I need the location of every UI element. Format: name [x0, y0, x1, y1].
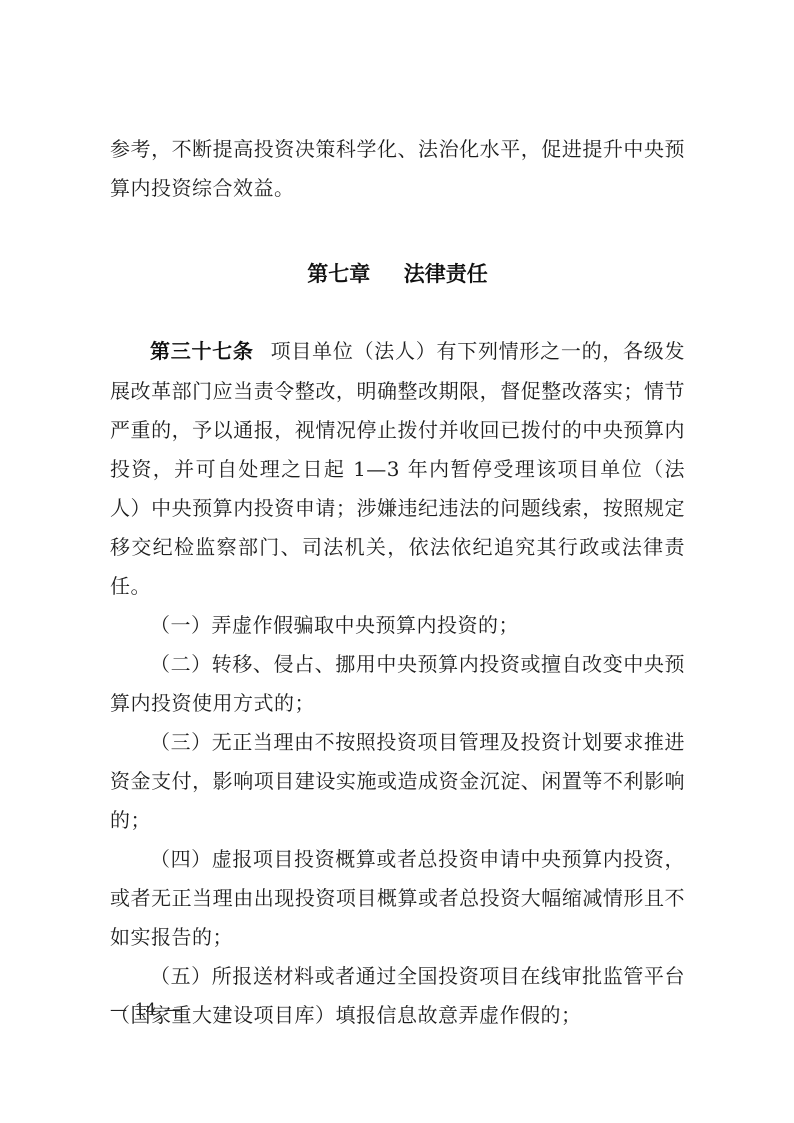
article-body: 项目单位（法人）有下列情形之一的，各级发展改革部门应当责令整改，明确整改期限，督… — [110, 339, 685, 598]
page-footer: —14— — [110, 999, 181, 1021]
list-item: （三）无正当理由不按照投资项目管理及投资计划要求推进资金支付，影响项目建设实施或… — [110, 723, 685, 840]
article-block: 第三十七条项目单位（法人）有下列情形之一的，各级发展改革部门应当责令整改，明确整… — [110, 332, 685, 1035]
list-item: （四）虚报项目投资概算或者总投资申请中央预算内投资，或者无正当理由出现投资项目概… — [110, 840, 685, 957]
document-page: 参考，不断提高投资决策科学化、法治化水平，促进提升中央预算内投资综合效益。 第七… — [0, 0, 794, 1123]
chapter-number: 第七章 — [307, 263, 370, 286]
chapter-heading: 第七章法律责任 — [110, 255, 685, 294]
footer-dash-right: — — [164, 1000, 181, 1020]
article-number: 第三十七条 — [150, 341, 254, 363]
chapter-title: 法律责任 — [404, 263, 488, 286]
list-item: （二）转移、侵占、挪用中央预算内投资或擅自改变中央预算内投资使用方式的； — [110, 645, 685, 723]
list-item: （五）所报送材料或者通过全国投资项目在线审批监管平台（国家重大建设项目库）填报信… — [110, 957, 685, 1035]
intro-paragraph: 参考，不断提高投资决策科学化、法治化水平，促进提升中央预算内投资综合效益。 — [110, 130, 685, 208]
article-paragraph: 第三十七条项目单位（法人）有下列情形之一的，各级发展改革部门应当责令整改，明确整… — [110, 332, 685, 606]
page-number: 14 — [135, 1000, 157, 1020]
footer-dash-left: — — [110, 1000, 127, 1020]
list-item: （一）弄虚作假骗取中央预算内投资的； — [110, 606, 685, 645]
